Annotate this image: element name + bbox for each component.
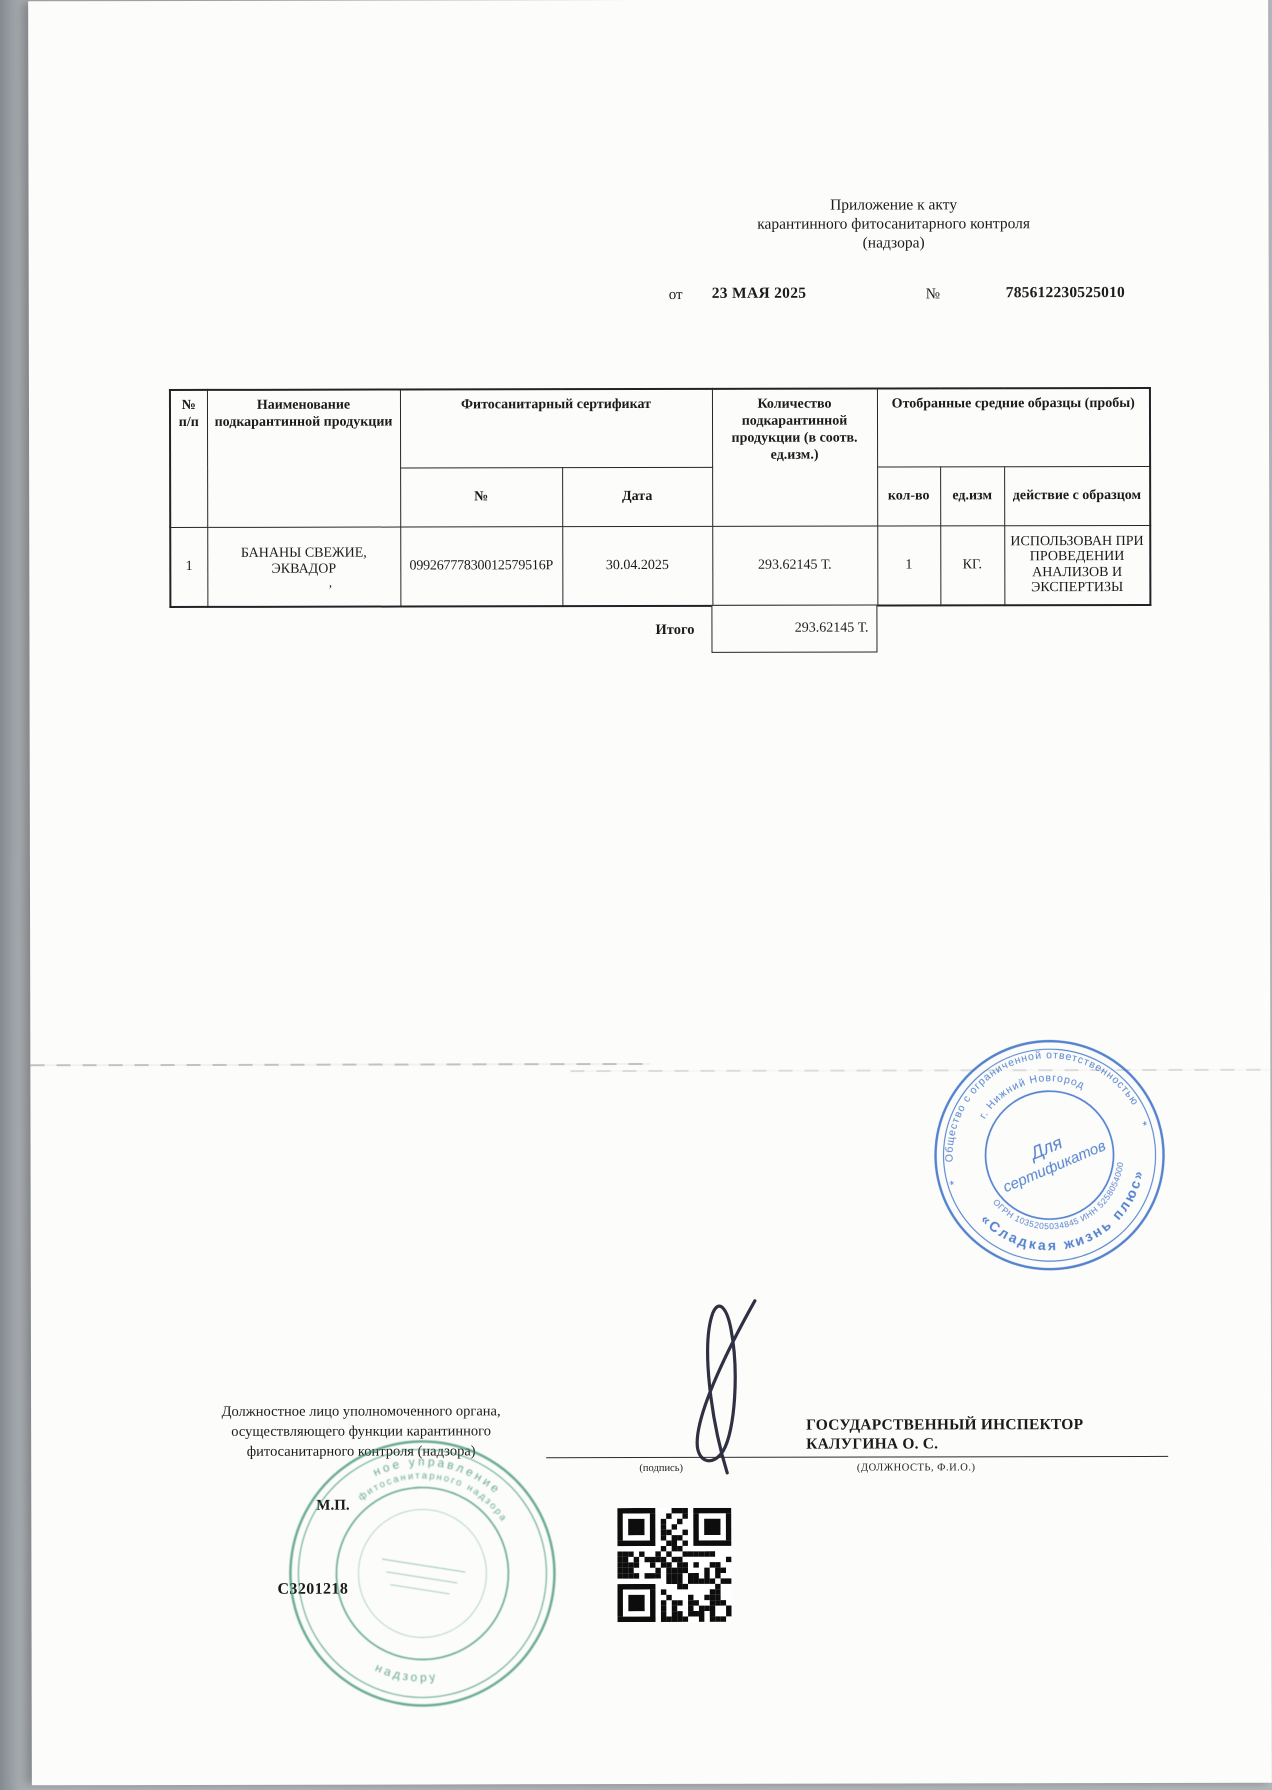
- stamp-star-right: *: [1141, 1118, 1150, 1133]
- product-name-text: БАНАНЫ СВЕЖИЕ, ЭКВАДОР: [241, 546, 367, 577]
- cell-quantity: 293.62145 Т.: [712, 526, 877, 606]
- document-date: 23 МАЯ 2025: [712, 285, 807, 303]
- col-header-sample-count: кол-во: [877, 466, 940, 525]
- inspector-title: ГОСУДАРСТВЕННЫЙ ИНСПЕКТОР: [806, 1415, 1196, 1435]
- col-header-product-name: Наименование подкарантинной продукции: [207, 390, 400, 527]
- scan-artifact-line: [30, 1063, 650, 1066]
- col-header-cert-no: №: [400, 467, 562, 526]
- blue-round-stamp: Общество с ограниченной ответственностью…: [892, 998, 1207, 1313]
- cell-cert-date: 30.04.2025: [562, 526, 712, 606]
- cell-sample-count: 1: [877, 525, 940, 605]
- title-line-2: карантинного фитосанитарного контроля: [584, 214, 1204, 234]
- col-header-sample-action: действие с образцом: [1004, 466, 1150, 525]
- signature-caption: (подпись): [586, 1463, 736, 1474]
- inspector-name: КАЛУГИНА О. С.: [806, 1434, 1196, 1454]
- inspector-block: ГОСУДАРСТВЕННЫЙ ИНСПЕКТОР КАЛУГИНА О. С.: [806, 1415, 1196, 1454]
- title-line-3: (надзора): [584, 233, 1204, 253]
- cell-sample-action: ИСПОЛЬЗОВАН ПРИ ПРОВЕДЕНИИ АНАЛИЗОВ И ЭК…: [1004, 525, 1150, 605]
- position-caption: (ДОЛЖНОСТЬ, Ф.И.О.): [796, 1462, 1036, 1474]
- svg-text:надзору: надзору: [372, 1660, 441, 1689]
- products-table-wrap: № п/п Наименование подкарантинной продук…: [169, 387, 1150, 662]
- qr-code: [617, 1508, 731, 1622]
- col-header-cert-date: Дата: [562, 467, 712, 526]
- total-row: Итого 293.62145 Т.: [169, 606, 1149, 662]
- col-header-num-sign: №: [175, 397, 203, 414]
- col-header-certificate: Фитосанитарный сертификат: [400, 389, 712, 468]
- signature-line: [546, 1456, 1168, 1458]
- cell-sample-unit: КГ.: [940, 525, 1004, 605]
- number-sign: №: [926, 286, 940, 303]
- col-header-sample-unit: ед.изм: [940, 466, 1004, 525]
- document-title: Приложение к акту карантинного фитосанит…: [584, 195, 1204, 253]
- document-sheet: Приложение к акту карантинного фитосанит…: [28, 0, 1272, 1785]
- col-header-samples: Отобранные средние образцы (пробы): [877, 388, 1150, 467]
- title-line-1: Приложение к акту: [584, 195, 1204, 215]
- handwritten-signature: [671, 1293, 791, 1479]
- product-name-note: ,: [211, 578, 397, 587]
- col-header-num-pp: п/п: [175, 414, 203, 431]
- col-header-quantity: Количество подкарантинной продукции (в с…: [712, 389, 877, 526]
- table-row: 1 БАНАНЫ СВЕЖИЕ, ЭКВАДОР , 0992677783001…: [170, 525, 1150, 607]
- total-label: Итого: [524, 622, 694, 639]
- cell-product-name: БАНАНЫ СВЕЖИЕ, ЭКВАДОР ,: [207, 527, 400, 607]
- document-number: 785612230525010: [1006, 284, 1125, 302]
- date-from-label: от: [669, 287, 683, 304]
- total-value: 293.62145 Т.: [711, 605, 877, 653]
- col-header-num: № п/п: [170, 390, 207, 527]
- official-line-1: Должностное лицо уполномоченного органа,: [176, 1401, 546, 1422]
- products-table: № п/п Наименование подкарантинной продук…: [169, 387, 1151, 608]
- cell-row-number: 1: [170, 527, 207, 607]
- green-round-stamp: ное управление фитосанитарного надзора н…: [264, 1415, 582, 1733]
- cell-cert-number: 09926777830012579516P: [400, 526, 562, 606]
- green-stamp-arc-bottom: надзору: [372, 1660, 441, 1689]
